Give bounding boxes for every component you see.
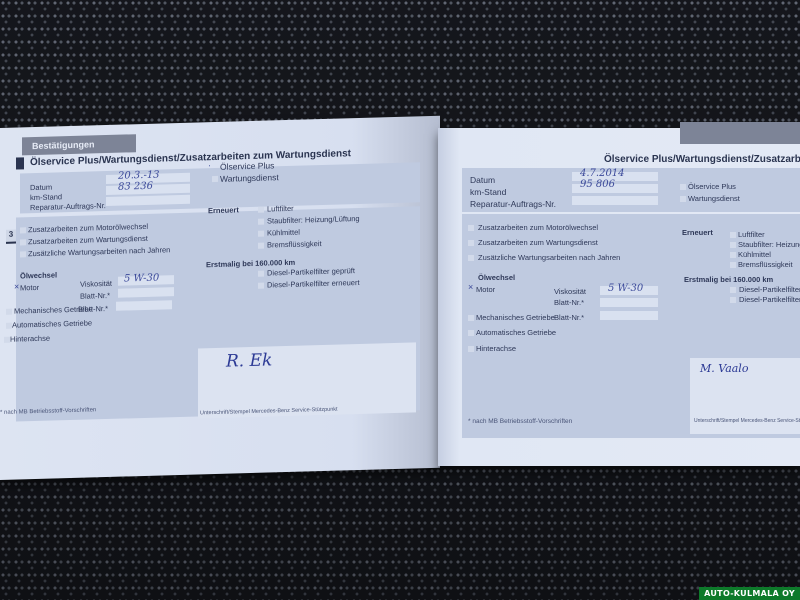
signature: R. Ek (226, 350, 272, 371)
right-page: Ölservice Plus/Wartungsdienst/Zusatzarbe… (438, 128, 800, 468)
checkmark-motor: × (468, 282, 473, 292)
dpf-checked: Diesel-Partikelfilter geprüft (739, 285, 800, 294)
oil-change-heading: Ölwechsel (20, 270, 57, 280)
signature: M. Vaalo (700, 362, 748, 375)
renewed-bremsfluessigkeit: Bremsflüssigkeit (267, 239, 322, 250)
extra-work-service: Zusatzarbeiten zum Wartungsdienst (478, 238, 598, 247)
checkbox-dpf-checked[interactable] (258, 271, 264, 277)
service-oelservice-plus: Ölservice Plus (220, 160, 274, 172)
rear-axle-label: Hinterachse (476, 344, 516, 353)
datum-label: Datum (30, 183, 52, 193)
first-at-label: Erstmalig bei 160.000 km (684, 275, 773, 284)
auftrag-field[interactable] (572, 196, 658, 205)
checkbox-dpf-checked[interactable] (730, 287, 736, 293)
section-number: 3 (6, 230, 16, 244)
section-tab-header: Bestätigungen (22, 134, 136, 155)
checkbox-extra-years[interactable] (20, 251, 26, 257)
manual-sheet-label: Blatt-Nr.* (78, 304, 108, 314)
sheet-no-field[interactable] (118, 287, 174, 298)
checkbox-kuehlmittel[interactable] (258, 231, 264, 237)
km-label: km-Stand (470, 187, 506, 197)
extra-work-oil-change: Zusatzarbeiten zum Motorölwechsel (478, 223, 598, 232)
checkbox-luftfilter[interactable] (730, 232, 736, 238)
renewed-bremsfluessigkeit: Bremsflüssigkeit (738, 260, 793, 269)
renewed-label: Erneuert (208, 205, 239, 215)
checkbox-extra-service[interactable] (20, 239, 26, 245)
extra-work-years: Zusätzliche Wartungsarbeiten nach Jahren (478, 253, 620, 262)
checkbox-rear-axle[interactable] (468, 346, 474, 352)
checkbox-extra-oil[interactable] (468, 225, 474, 231)
motor-label: Motor (20, 283, 39, 293)
motor-label: Motor (476, 285, 495, 294)
manual-sheet-label: Blatt-Nr.* (554, 313, 584, 322)
manual-sheet-field[interactable] (116, 300, 172, 311)
datum-value: 4.7.2014 (580, 168, 625, 179)
checkbox-oelservice[interactable] (680, 184, 686, 190)
checkmark-motor: × (14, 281, 19, 291)
checkbox-staubfilter[interactable] (258, 219, 264, 225)
checkbox-wartungsdienst[interactable] (212, 176, 218, 182)
dealer-watermark: AUTO-KULMALA OY (699, 587, 800, 600)
checkbox-kuehlmittel[interactable] (730, 252, 736, 258)
checkbox-manual-gearbox[interactable] (468, 315, 474, 321)
title-marker (16, 157, 24, 169)
checkbox-bremsfluessigkeit[interactable] (730, 262, 736, 268)
checkbox-staubfilter[interactable] (730, 242, 736, 248)
renewed-luftfilter: Luftfilter (267, 204, 294, 214)
automatic-gearbox-label: Automatisches Getriebe (476, 328, 556, 337)
footnote: * nach MB Betriebsstoff-Vorschriften (468, 418, 572, 425)
manual-gearbox-label: Mechanisches Getriebe (476, 313, 555, 322)
checkbox-dpf-renewed[interactable] (258, 283, 264, 289)
auftrag-label: Reparatur-Auftrags-Nr. (470, 199, 556, 209)
renewed-staubfilter: Staubfilter: Heizung/Lüftung (738, 240, 800, 249)
datum-value: 20.3.-13 (118, 170, 160, 182)
sheet-no-label: Blatt-Nr.* (554, 298, 584, 307)
service-oelservice-plus: Ölservice Plus (688, 182, 736, 191)
renewed-kuehlmittel: Kühlmittel (267, 228, 300, 238)
page-title: Ölservice Plus/Wartungsdienst/Zusatzarbe… (604, 154, 800, 165)
checkbox-extra-years[interactable] (468, 255, 474, 261)
renewed-kuehlmittel: Kühlmittel (738, 250, 771, 259)
sheet-no-label: Blatt-Nr.* (80, 291, 110, 301)
oil-change-heading: Ölwechsel (478, 273, 515, 282)
km-value: 83 236 (118, 181, 153, 193)
datum-label: Datum (470, 175, 495, 185)
checkbox-luftfilter[interactable] (258, 207, 264, 213)
viscosity-value: 5 W-30 (608, 283, 643, 294)
checkbox-extra-service[interactable] (468, 240, 474, 246)
checkbox-extra-oil[interactable] (20, 227, 26, 233)
sheet-no-field[interactable] (600, 298, 658, 307)
km-value: 95 806 (580, 179, 615, 190)
renewed-label: Erneuert (682, 228, 713, 237)
km-label: km-Stand (30, 192, 62, 202)
dpf-renewed: Diesel-Partikelfilter erneuert (739, 295, 800, 304)
checkbox-dpf-renewed[interactable] (730, 297, 736, 303)
left-page: Bestätigungen Ölservice Plus/Wartungsdie… (0, 110, 442, 480)
section-tab-header (680, 122, 800, 144)
viscosity-label: Viskosität (80, 279, 112, 289)
viscosity-label: Viskosität (554, 287, 586, 296)
checkbox-wartungsdienst[interactable] (680, 196, 686, 202)
rear-axle-label: Hinterachse (10, 334, 50, 344)
viscosity-value: 5 W-30 (124, 273, 159, 285)
manual-sheet-field[interactable] (600, 311, 658, 320)
checkbox-bremsfluessigkeit[interactable] (258, 243, 264, 249)
renewed-luftfilter: Luftfilter (738, 230, 765, 239)
checkbox-manual-gearbox[interactable] (6, 309, 12, 315)
signature-caption: Unterschrift/Stempel Mercedes-Benz Servi… (694, 418, 800, 424)
checkbox-automatic-gearbox[interactable] (468, 330, 474, 336)
checkmark-oelservice: · (208, 160, 211, 170)
service-wartungsdienst: Wartungsdienst (688, 194, 740, 203)
service-wartungsdienst: Wartungsdienst (220, 172, 279, 184)
